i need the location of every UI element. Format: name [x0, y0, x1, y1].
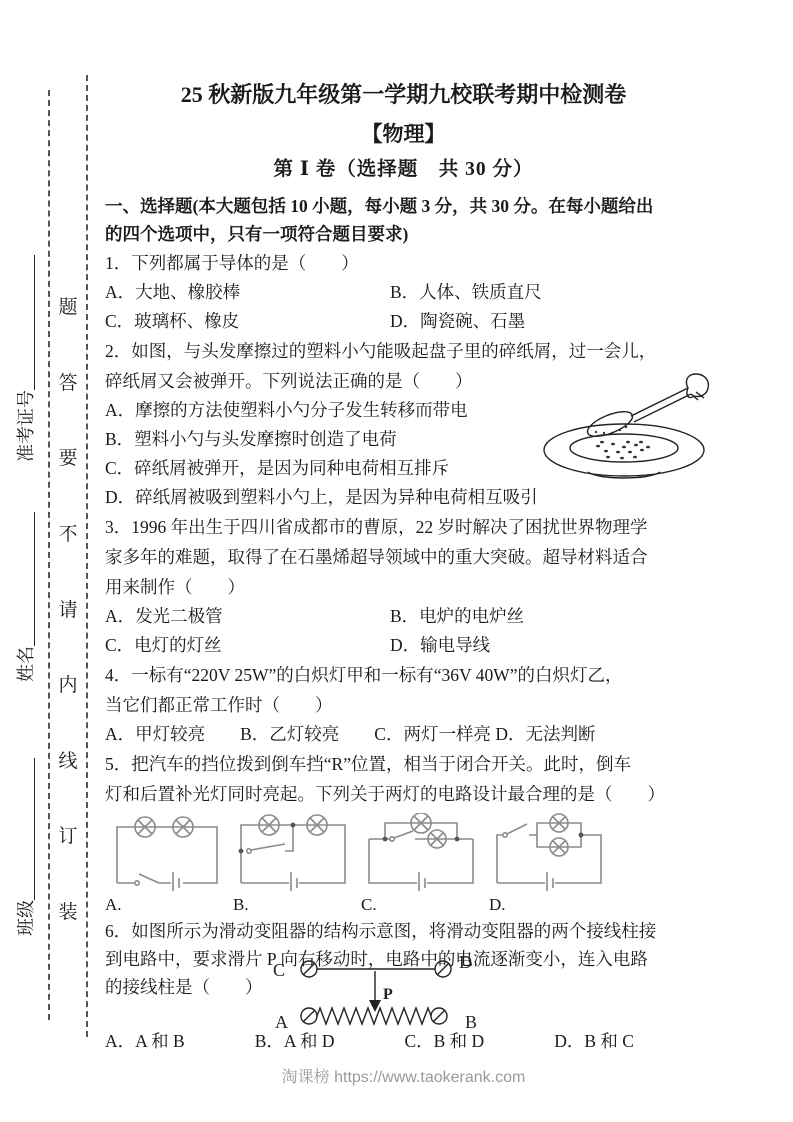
exam-paper-page: 准考证号 姓名 班级 题 答 要 不 请 内 线 订 装 25 秋新版九年级第一…: [0, 0, 793, 1122]
circuit-option-label-b: B.: [233, 893, 355, 917]
binding-char: 不: [58, 519, 77, 546]
question-5-stem: 5．把汽车的挡位拨到倒车挡“R”位置，相当于闭合开关。此时，倒车 灯和后置补光灯…: [105, 749, 702, 809]
binding-char: 请: [58, 595, 77, 622]
circuit-b-short-switch-icon: [233, 813, 355, 891]
exam-number-field: 准考证号: [14, 255, 38, 462]
circuit-diagram-b: B.: [233, 813, 355, 917]
binding-line-notice: 题 答 要 不 请 内 线 订 装: [50, 292, 86, 924]
section-heading: 第 Ⅰ 卷（选择题 共 30 分）: [105, 158, 702, 182]
slider-p-label: P: [383, 986, 393, 1003]
circuit-option-label-d: D.: [489, 893, 611, 917]
terminal-b-label: B: [465, 1012, 477, 1032]
binding-char: 订: [58, 821, 77, 848]
exam-content: 25 秋新版九年级第一学期九校联考期中检测卷 【物理】 第 Ⅰ 卷（选择题 共 …: [105, 0, 702, 1087]
subject-title: 【物理】: [105, 122, 702, 146]
student-name-field: 姓名: [14, 512, 38, 682]
terminal-c-label: C: [273, 960, 285, 980]
option-d: D．陶瓷碗、石墨: [390, 307, 702, 336]
student-name-blank: [34, 512, 35, 646]
student-name-label: 姓名: [12, 646, 38, 682]
option-b: B．人体、铁质直尺: [390, 278, 702, 307]
binding-char: 装: [58, 897, 77, 924]
question-5: 5．把汽车的挡位拨到倒车挡“R”位置，相当于闭合开关。此时，倒车 灯和后置补光灯…: [105, 749, 702, 917]
binding-char: 线: [58, 746, 77, 773]
circuit-diagram-d: D.: [489, 813, 611, 917]
circuit-diagram-c: C.: [361, 813, 483, 917]
binding-char: 题: [58, 292, 77, 319]
question-3-options: A．发光二极管 B．电炉的电炉丝 C．电灯的灯丝 D．输电导线: [105, 602, 702, 660]
terminal-a-label: A: [275, 1012, 288, 1032]
rheostat-icon: C D P A B: [273, 952, 488, 1032]
terminal-d-label: D: [459, 952, 472, 972]
binding-char: 答: [58, 368, 77, 395]
option-b: B．电炉的电炉丝: [390, 602, 702, 631]
page-title: 25 秋新版九年级第一学期九校联考期中检测卷: [105, 82, 702, 108]
spoon-plate-illustration: [538, 372, 710, 495]
question-3: 3．1996 年出生于四川省成都市的曹原，22 岁时解决了困扰世界物理学 家多年…: [105, 512, 702, 660]
spoon-plate-icon: [538, 372, 710, 490]
question-1-options: A．大地、橡胶棒 B．人体、铁质直尺 C．玻璃杯、橡皮 D．陶瓷碗、石墨: [105, 278, 702, 336]
footer-watermark: 淘课榜 https://www.taokerank.com: [105, 1064, 702, 1087]
question-3-stem: 3．1996 年出生于四川省成都市的曹原，22 岁时解决了困扰世界物理学 家多年…: [105, 512, 702, 602]
circuit-d-switch-controls-parallel-lamps-icon: [489, 813, 611, 891]
question-5-circuit-options: A.: [105, 813, 702, 917]
question-1-stem: 1．下列都属于导体的是（ ）: [105, 248, 702, 278]
exam-number-blank: [34, 255, 35, 390]
binding-char: 要: [58, 443, 77, 470]
question-4-stem: 4．一标有“220V 25W”的白炽灯甲和一标有“36V 40W”的白炽灯乙， …: [105, 660, 702, 720]
option-a: A．大地、橡胶棒: [105, 278, 390, 307]
circuit-option-label-a: A.: [105, 893, 227, 917]
exam-number-label: 准考证号: [12, 390, 38, 462]
binding-dashed-line-outer: [86, 75, 88, 1037]
question-4-options: A．甲灯较亮 B．乙灯较亮 C．两灯一样亮 D．无法判断: [105, 720, 702, 749]
circuit-c-parallel-switch-one-lamp-icon: [361, 813, 483, 891]
option-c: C．玻璃杯、橡皮: [105, 307, 390, 336]
circuit-diagram-a: A.: [105, 813, 227, 917]
circuit-a-series-icon: [105, 813, 227, 891]
question-4: 4．一标有“220V 25W”的白炽灯甲和一标有“36V 40W”的白炽灯乙， …: [105, 660, 702, 749]
option-d: D．输电导线: [390, 631, 702, 660]
rheostat-diagram: C D P A B: [273, 952, 488, 1037]
class-field: 班级: [14, 758, 38, 936]
class-label: 班级: [12, 900, 38, 936]
question-1: 1．下列都属于导体的是（ ） A．大地、橡胶棒 B．人体、铁质直尺 C．玻璃杯、…: [105, 248, 702, 336]
option-c: C．电灯的灯丝: [105, 631, 390, 660]
binding-char: 内: [58, 670, 77, 697]
section-intro: 一、选择题(本大题包括 10 小题，每小题 3 分，共 30 分。在每小题给出 …: [105, 192, 702, 248]
option-a: A．发光二极管: [105, 602, 390, 631]
class-blank: [34, 758, 35, 900]
circuit-option-label-c: C.: [361, 893, 483, 917]
